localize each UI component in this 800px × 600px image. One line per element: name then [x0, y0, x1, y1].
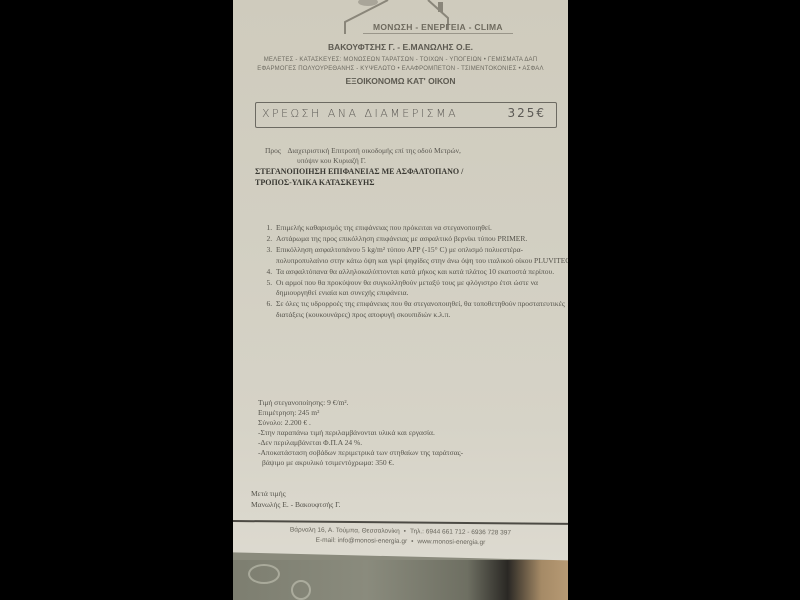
document-photo: ΜΟΝΩΣΗ - ΕΝΕΡΓΕΙΑ - CLIMA ΒΑΚΟΥΦΤΣΗΣ Γ. … — [233, 0, 568, 600]
recipient-attention: υπόψιν κου Κυριαζή Γ. — [297, 156, 366, 165]
footer-email: E-mail: info@monosi-energia.gr — [316, 537, 408, 545]
signoff: Μετά τιμής Μανωλής Ε. - Βακουφτσής Γ. — [251, 489, 340, 510]
measurement: Επιμέτρηση: 245 m² — [258, 408, 463, 418]
handwritten-note-amount: 325€ — [507, 106, 546, 120]
footer-phone: Τηλ.: 6944 661 712 - 6936 728 397 — [410, 528, 511, 536]
subject-line-2: ΤΡΟΠΟΣ-ΥΛΙΚΑ ΚΑΤΑΣΚΕΥΗΣ — [255, 177, 463, 188]
lace-swirl — [291, 580, 311, 600]
recipient-to: Διαχειριστική Επιτροπή οικοδομής επί της… — [287, 146, 460, 155]
services-line-2: ΕΦΑΡΜΟΓΕΣ ΠΟΛΥΟΥΡΕΘΑΝΗΣ - ΚΥΨΕΛΩΤΟ • ΕΛΑ… — [233, 66, 568, 72]
tablecloth-background — [233, 560, 568, 600]
handwritten-note-box: ΧΡΕΩΣΗ ΑΝΑ ΔΙΑΜΕΡΙΣΜΑ 325€ — [255, 102, 557, 128]
brand-underline — [363, 33, 513, 34]
brand-name: ΜΟΝΩΣΗ - ΕΝΕΡΓΕΙΑ - CLIMA — [373, 22, 513, 32]
total-price: Σύνολο: 2.200 € . — [258, 418, 463, 428]
company-slogan: ΕΞΟΙΚΟΝΟΜΩ ΚΑΤ' ΟΙΚΟΝ — [233, 76, 568, 86]
lace-swirl — [248, 564, 280, 584]
signatories: Μανωλής Ε. - Βακουφτσής Γ. — [251, 500, 340, 511]
list-item: Επικόλληση ασφαλτοπάνου 5 kg/m² τύπου AP… — [274, 245, 568, 265]
unit-price: Τιμή στεγανοποίησης: 9 €/m². — [258, 398, 463, 408]
closing: Μετά τιμής — [251, 489, 340, 500]
recipient-line: Προς Διαχειριστική Επιτροπή οικοδομής επ… — [265, 146, 461, 155]
footer-divider — [233, 520, 568, 524]
list-item: Τα ασφαλτόπανα θα αλληλοκαλύπτονται κατά… — [274, 267, 568, 277]
handwritten-note-text: ΧΡΕΩΣΗ ΑΝΑ ΔΙΑΜΕΡΙΣΜΑ — [262, 107, 458, 120]
pricing-note-3: -Αποκατάσταση σοβάδων περιμετρικά των στ… — [258, 448, 463, 458]
list-item: Οι αρμοί που θα προκύψουν θα συγκολληθού… — [274, 278, 568, 298]
subject-line-1: ΣΤΕΓΑΝΟΠΟΙΗΣΗ ΕΠΙΦΑΝΕΙΑΣ ΜΕ ΑΣΦΑΛΤΟΠΑΝΟ … — [255, 166, 463, 177]
list-item: Επιμελής καθαρισμός της επιφάνειας που π… — [274, 223, 568, 233]
letter-paper: ΜΟΝΩΣΗ - ΕΝΕΡΓΕΙΑ - CLIMA ΒΑΚΟΥΦΤΣΗΣ Γ. … — [233, 0, 568, 566]
company-name: ΒΑΚΟΥΦΤΣΗΣ Γ. - Ε.ΜΑΝΩΛΗΣ Ο.Ε. — [233, 42, 568, 52]
pricing-note-3-cont: βάψιμο με ακρυλικό τσιμεντόχρωμα: 350 €. — [258, 458, 463, 468]
pricing-note-2: -Δεν περιλαμβάνεται Φ.Π.Α 24 %. — [258, 438, 463, 448]
letter-subject: ΣΤΕΓΑΝΟΠΟΙΗΣΗ ΕΠΙΦΑΝΕΙΑΣ ΜΕ ΑΣΦΑΛΤΟΠΑΝΟ … — [255, 166, 463, 188]
list-item: Σε όλες τις υδρορροές της επιφάνειας που… — [274, 299, 568, 319]
recipient-label: Προς — [265, 146, 286, 155]
footer-website: www.monosi-energia.gr — [417, 538, 485, 546]
construction-steps-list: Επιμελής καθαρισμός της επιφάνειας που π… — [255, 223, 568, 321]
services-line-1: ΜΕΛΕΤΕΣ - ΚΑΤΑΣΚΕΥΕΣ: ΜΟΝΩΣΕΩΝ ΤΑΡΑΤΣΩΝ … — [233, 57, 568, 63]
pricing-section: Τιμή στεγανοποίησης: 9 €/m². Επιμέτρηση:… — [258, 398, 463, 468]
footer-contact-line-2: E-mail: info@monosi-energia.gr•www.monos… — [233, 536, 568, 548]
footer-address: Βάρναλη 16, Α. Τούμπα, Θεσσαλονίκη — [290, 526, 400, 535]
pricing-note-1: -Στην παραπάνω τιμή περιλαμβάνονται υλικ… — [258, 428, 463, 438]
list-item: Αστάρωμα της προς επικόλληση επιφάνειας … — [274, 234, 568, 244]
